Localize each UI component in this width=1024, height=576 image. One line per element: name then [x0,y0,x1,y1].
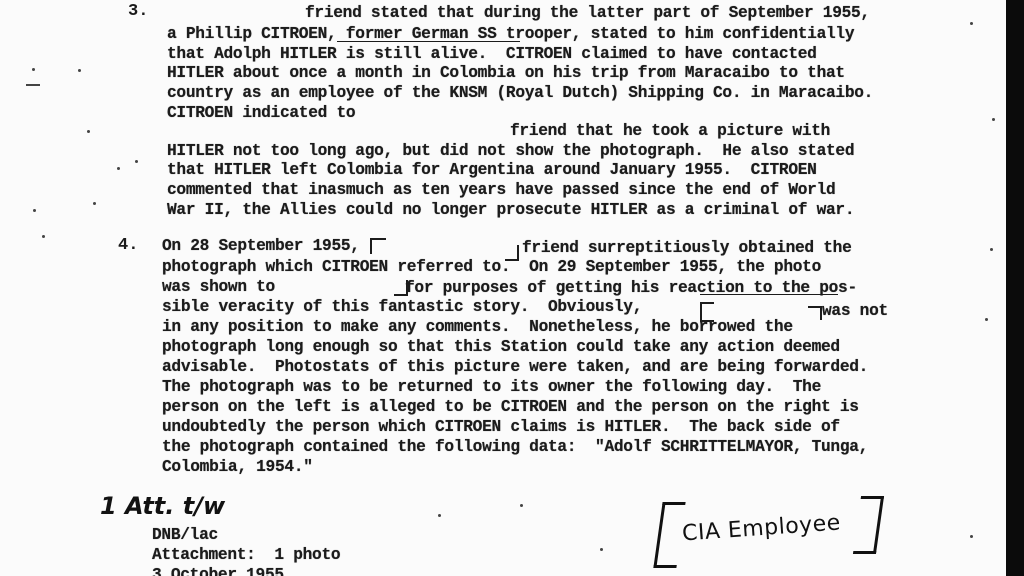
p4-line-2: photograph which CITROEN referred to. On… [162,258,821,276]
p4-line-8: The photograph was to be returned to its… [162,378,821,396]
typist-initials: DNB/lac [152,526,218,544]
scan-speck [117,167,120,170]
document-page: 3. friend stated that during the latter … [0,0,1006,576]
handwritten-attachment-note: 1 Att. t/w [100,492,225,520]
paragraph-3-number: 3. [128,2,148,21]
p3-line-6b: friend that he took a picture with [510,122,830,140]
p4-line-1b: friend surreptitiously obtained the [522,239,852,257]
underline-ss-trooper [337,41,520,42]
attachment-line: Attachment: 1 photo [152,546,340,564]
p4-line-6: photograph long enough so that this Stat… [162,338,840,356]
p4-line-10: undoubtedly the person which CITROEN cla… [162,418,840,436]
p3-line-6a: CITROEN indicated to [167,104,355,122]
p4-line-4a: sible veracity of this fantastic story. … [162,298,642,316]
p4-line-1a: On 28 September 1955, [162,237,360,255]
scan-speck [32,68,35,71]
p3-line-3: that Adolph HITLER is still alive. CITRO… [167,45,817,63]
scan-speck [990,248,993,251]
p3-line-10: War II, the Allies could no longer prose… [167,201,854,219]
scan-speck [970,22,973,25]
scan-speck [93,202,96,205]
scan-speck [600,548,603,551]
p4-line-3a: was shown to [162,278,275,296]
underline-reaction [700,294,838,295]
p4-line-11: the photograph contained the following d… [162,438,868,456]
p4-line-9: person on the left is alleged to be CITR… [162,398,859,416]
p3-line-7: HITLER not too long ago, but did not sho… [167,142,854,160]
cia-employee-annotation: CIA Employee [658,502,880,564]
scan-speck [970,535,973,538]
paragraph-4-number: 4. [118,236,138,255]
scan-speck [438,514,441,517]
scan-speck [992,118,995,121]
scan-border [1006,0,1024,576]
scan-speck [33,209,36,212]
p3-line-9: commented that inasmuch as ten years hav… [167,181,835,199]
redaction-bracket-left [370,238,386,254]
bracket-right-shape [853,496,884,554]
p3-line-8: that HITLER left Colombia for Argentina … [167,161,817,179]
scan-speck [985,318,988,321]
p3-line-4: HITLER about once a month in Colombia on… [167,64,845,82]
cia-employee-label: CIA Employee [681,510,841,546]
p4-line-12: Colombia, 1954." [162,458,313,476]
scan-speck [78,69,81,72]
scan-speck [42,235,45,238]
p3-line-5: country as an employee of the KNSM (Roya… [167,84,873,102]
p4-line-5: in any position to make any comments. No… [162,318,793,336]
redaction-bracket-right-3 [808,306,822,320]
p3-line-1: friend stated that during the latter par… [305,4,870,22]
scan-speck [520,504,523,507]
scan-speck [135,160,138,163]
bracket-left-shape [653,502,685,568]
p4-line-7: advisable. Photostats of this picture we… [162,358,868,376]
p4-line-4b: was not [822,302,888,320]
date-line: 3 October 1955 [152,566,284,576]
scan-speck [87,130,90,133]
scan-speck [26,84,40,86]
